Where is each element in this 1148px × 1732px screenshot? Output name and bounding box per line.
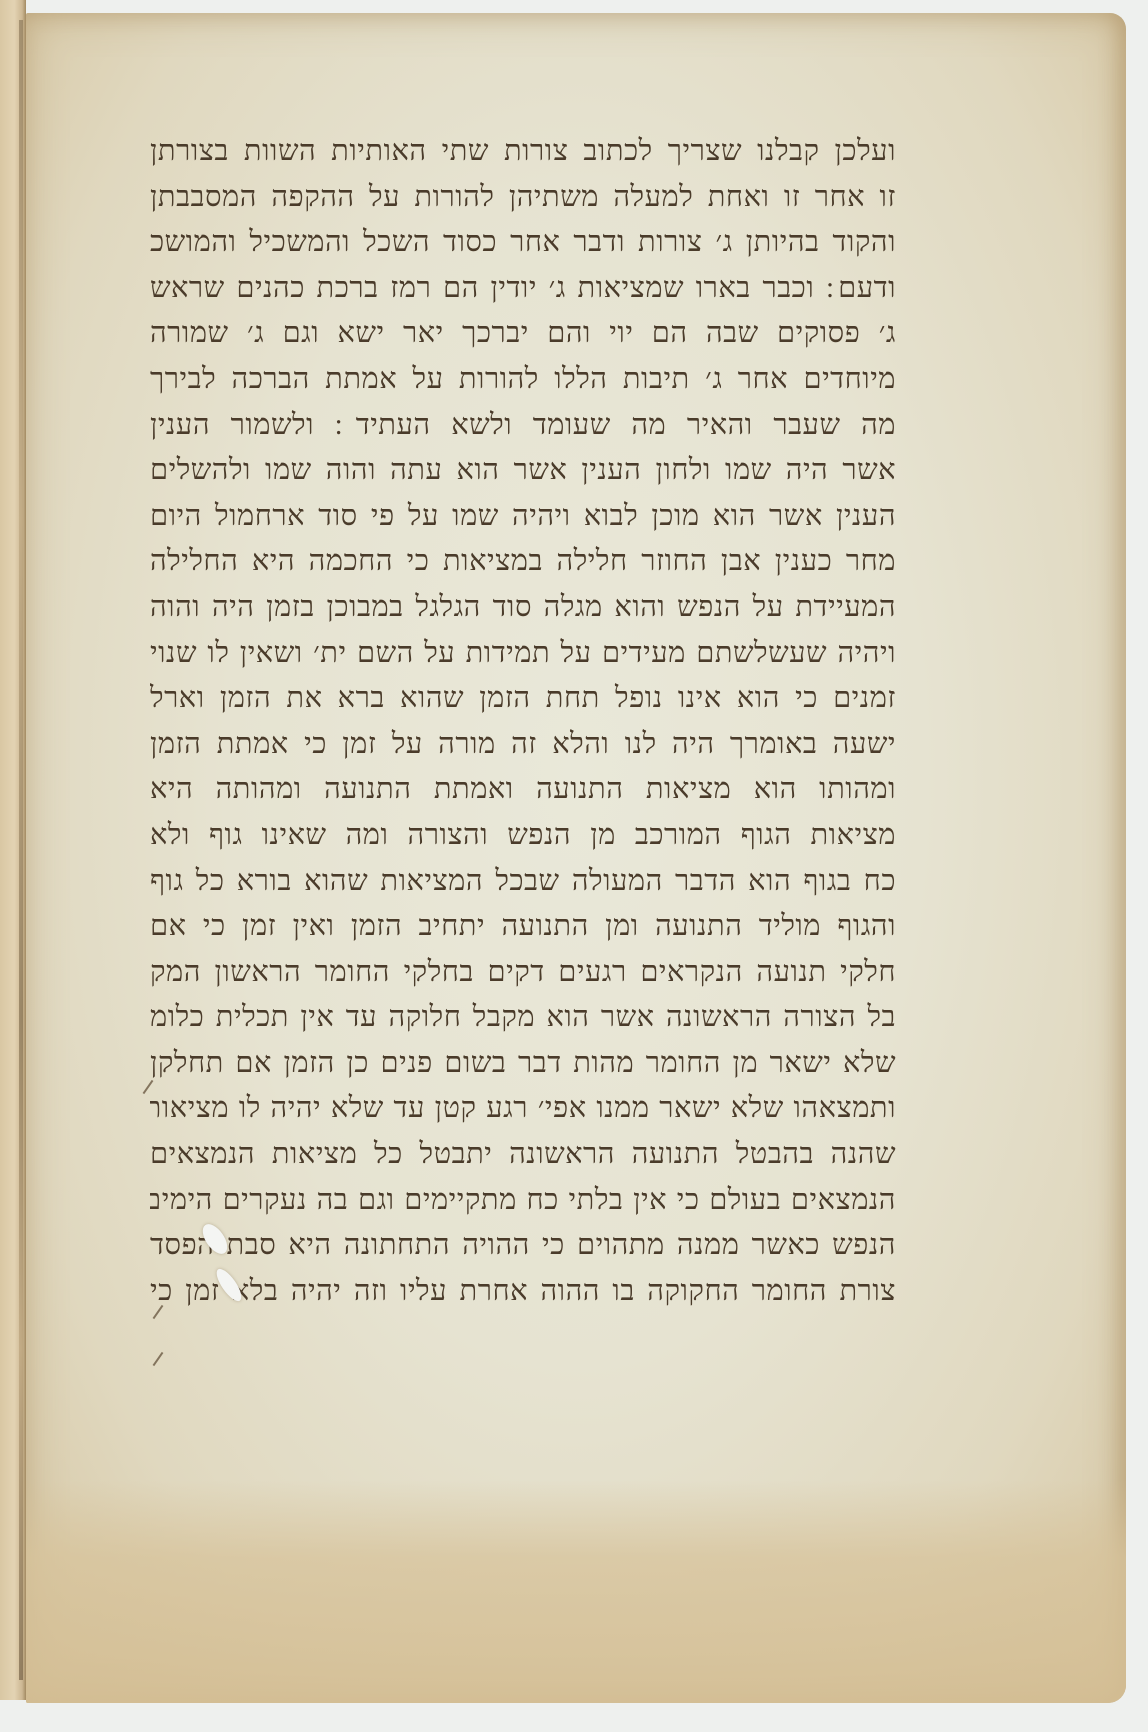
text-line: ועלכן קבלנו שצריך לכתוב צורות שתי האותיו… <box>150 128 896 174</box>
text-line: זו אחר זו ואחת למעלה משתיהן להורות על הה… <box>150 174 896 220</box>
text-line: מחר כענין אבן החוזר חלילה במציאות כי החכ… <box>150 538 896 584</box>
text-line: שהנה בהבטל התנועה הראשונה יתבטל כל מציאו… <box>150 1131 896 1177</box>
gutter-fold <box>19 20 23 1680</box>
text-line: מציאות הגוף המורכב מן הנפש והצורה ומה שא… <box>150 812 896 858</box>
text-line: חלקי תנועה הנקראים רגעים דקים בחלקי החומ… <box>150 949 896 995</box>
text-line: ומהותו הוא מציאות התנועה ואמתת התנועה ומ… <box>150 766 896 812</box>
text-line: מה שעבר והאיר מה שעומד ולשא העתיד ׃ ולשמ… <box>150 402 896 448</box>
text-line: אשר היה שמו ולחון הענין אשר הוא עתה והוה… <box>150 447 896 493</box>
text-line: ותמצאהו שלא ישאר ממנו אפי׳ רגע קטן עד של… <box>150 1085 896 1131</box>
text-line: המעיידת על הנפש והוא מגלה סוד הגלגל במבו… <box>150 584 896 630</box>
text-line: הנמצאים בעולם כי אין בלתי כח מתקיימים וג… <box>150 1177 896 1223</box>
text-line: הנפש כאשר ממנה מתהוים כי ההויה התחתונה ה… <box>150 1222 896 1268</box>
text-line: ויהיה שעשלשתם מעידים על תמידות על השם ית… <box>150 630 896 676</box>
text-line: ודעם ׃ וכבר בארו שמציאות ג׳ יודין הם רמז… <box>150 265 896 311</box>
text-line: ישעה באומרך היה לנו והלא זה מורה על זמן … <box>150 721 896 767</box>
text-line: שלא ישאר מן החומר מהות דבר בשום פנים כן … <box>150 1040 896 1086</box>
text-line: והגוף מוליד התנועה ומן התנועה יתחיב הזמן… <box>150 903 896 949</box>
text-line: כח בגוף הוא הדבר המעולה שבכל המציאות שהו… <box>150 858 896 904</box>
hebrew-text-block: ועלכן קבלנו שצריך לכתוב צורות שתי האותיו… <box>150 128 896 1313</box>
manuscript-scan: ועלכן קבלנו שצריך לכתוב צורות שתי האותיו… <box>0 0 1148 1732</box>
text-line: בל הצורה הראשונה אשר הוא מקבל חלוקה עד א… <box>150 994 896 1040</box>
text-line: זמנים כי הוא אינו נופל תחת הזמן שהוא ברא… <box>150 675 896 721</box>
text-line: ג׳ פסוקים שבה הם יוי והם יברכך יאר ישא ו… <box>150 310 896 356</box>
text-line: הענין אשר הוא מוכן לבוא ויהיה שמו על פי … <box>150 493 896 539</box>
text-line: מיוחדים אחר ג׳ תיבות הללו להורות על אמתת… <box>150 356 896 402</box>
binding-edge <box>0 0 26 1700</box>
text-line: והקוד בהיותן ג׳ צורות ודבר אחר כסוד השכל… <box>150 219 896 265</box>
text-line: צורת החומר החקוקה בו ההוה אחרת עליו וזה … <box>150 1268 896 1314</box>
